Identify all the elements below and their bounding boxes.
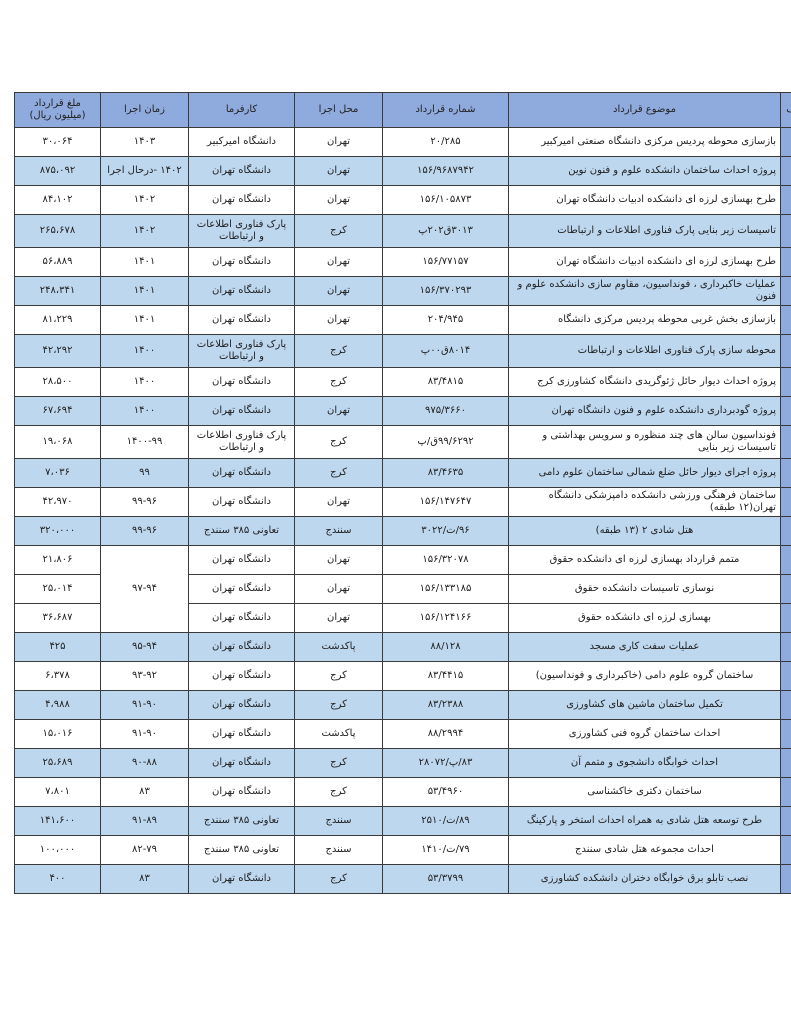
contract-amount: ۴۲،۲۹۲ — [15, 335, 101, 368]
execution-time: ۱۴۰۲ -درحال اجرا — [101, 157, 189, 186]
contract-subject: بهسازی لرزه ای دانشکده حقوق — [509, 604, 781, 633]
row-index: ۱۰ — [781, 397, 791, 426]
row-index: ۹ — [781, 368, 791, 397]
table-row: ۱۰پروژه گودبرداری دانشکده علوم و فنون دا… — [15, 397, 791, 426]
table-row: ۲۱احداث ساختمان گروه فنی کشاورزی۸۸/۲۹۹۴پ… — [15, 720, 791, 749]
contract-subject: محوطه سازی پارک فناوری اطلاعات و ارتباطا… — [509, 335, 781, 368]
employer: دانشگاه تهران — [189, 749, 295, 778]
table-row: ۲۴طرح توسعه هتل شادی به همراه احداث استخ… — [15, 807, 791, 836]
contract-number: ۱۵۶/۳۲۰۷۸ — [383, 546, 509, 575]
contract-subject: نوسازی تاسیسات دانشکده حقوق — [509, 575, 781, 604]
execution-time: ۹۹ — [101, 459, 189, 488]
contract-subject: پروژه احداث ساختمان دانشکده علوم و فنون … — [509, 157, 781, 186]
execution-time: ۹۹-۹۶ — [101, 517, 189, 546]
table-row: ۲پروژه احداث ساختمان دانشکده علوم و فنون… — [15, 157, 791, 186]
row-index: ۸ — [781, 335, 791, 368]
employer: دانشگاه تهران — [189, 186, 295, 215]
employer: دانشگاه امیرکبیر — [189, 128, 295, 157]
row-index: ۱۹ — [781, 662, 791, 691]
execution-location: سنندج — [295, 807, 383, 836]
execution-location: تهران — [295, 248, 383, 277]
execution-location: تهران — [295, 306, 383, 335]
contract-subject: عملیات سفت کاری مسجد — [509, 633, 781, 662]
contract-subject: پروژه احداث دیوار حائل ژئوگریدی دانشگاه … — [509, 368, 781, 397]
execution-location: پاکدشت — [295, 633, 383, 662]
execution-time: ۹۱-۹۰ — [101, 720, 189, 749]
row-index: ۱۶ — [781, 575, 791, 604]
contract-number: ۳۰۱۳ق۲۰۲پ — [383, 215, 509, 248]
table-row: ۱۱فونداسیون سالن های چند منظوره و سرویس … — [15, 426, 791, 459]
execution-location: کرج — [295, 368, 383, 397]
contract-number: ۸۳/۲۳۸۸ — [383, 691, 509, 720]
employer: تعاونی ۳۸۵ سنندج — [189, 807, 295, 836]
execution-time: ۱۴۰۰-۹۹ — [101, 426, 189, 459]
table-row: ۴تاسیسات زیر بنایی پارک فناوری اطلاعات و… — [15, 215, 791, 248]
execution-time: ۹۵-۹۴ — [101, 633, 189, 662]
execution-location: تهران — [295, 604, 383, 633]
row-index: ۷ — [781, 306, 791, 335]
employer: دانشگاه تهران — [189, 368, 295, 397]
execution-location: کرج — [295, 335, 383, 368]
employer: دانشگاه تهران — [189, 306, 295, 335]
table-row: ۸محوطه سازی پارک فناوری اطلاعات و ارتباط… — [15, 335, 791, 368]
contract-amount: ۲۵،۶۸۹ — [15, 749, 101, 778]
contract-number: ۱۵۶/۷۷۱۵۷ — [383, 248, 509, 277]
execution-location: کرج — [295, 459, 383, 488]
row-index: ۲۴ — [781, 807, 791, 836]
contract-number: ۱۵۶/۱۲۴۱۶۶ — [383, 604, 509, 633]
table-row: ۲۵احداث مجموعه هتل شادی سنندج۷۹/ت/۱۴۱۰سن… — [15, 836, 791, 865]
contract-subject: ساختمان گروه علوم دامی (خاکبرداری و فوند… — [509, 662, 781, 691]
header-time: زمان اجرا — [101, 93, 189, 128]
contract-amount: ۴،۹۸۸ — [15, 691, 101, 720]
row-index: ۱۸ — [781, 633, 791, 662]
contract-number: ۹۹/۶۲۹۲ق/پ — [383, 426, 509, 459]
table-row: ۱۴هتل شادی ۲ (۱۳ طبقه)۹۶/ت/۳۰۲۲سنندجتعاو… — [15, 517, 791, 546]
execution-time: ۹۰-۸۸ — [101, 749, 189, 778]
table-row: ۵طرح بهسازی لرزه ای دانشکده ادبیات دانشگ… — [15, 248, 791, 277]
contract-amount: ۲۸،۵۰۰ — [15, 368, 101, 397]
table-row: ۷بازسازی بخش غربی محوطه پردیس مرکزی دانش… — [15, 306, 791, 335]
table-row: ۹پروژه احداث دیوار حائل ژئوگریدی دانشگاه… — [15, 368, 791, 397]
table-row: ۱۸عملیات سفت کاری مسجد۸۸/۱۲۸پاکدشتدانشگا… — [15, 633, 791, 662]
execution-location: کرج — [295, 691, 383, 720]
execution-time: ۱۴۰۱ — [101, 248, 189, 277]
contract-number: ۸۳/پ/۲۸۰۷۲ — [383, 749, 509, 778]
table-row: ۶عملیات خاکبرداری ، فونداسیون، مقاوم ساز… — [15, 277, 791, 306]
contract-number: ۸۳/۴۶۳۵ — [383, 459, 509, 488]
execution-time: ۹۷-۹۴ — [101, 546, 189, 633]
employer: دانشگاه تهران — [189, 720, 295, 749]
contract-number: ۸۰۱۴ق۰۰پ — [383, 335, 509, 368]
contract-subject: پروژه اجرای دیوار حائل ضلع شمالی ساختمان… — [509, 459, 781, 488]
employer: دانشگاه تهران — [189, 397, 295, 426]
execution-time: ۱۴۰۰ — [101, 397, 189, 426]
header-employer: کارفرما — [189, 93, 295, 128]
contract-subject: فونداسیون سالن های چند منظوره و سرویس به… — [509, 426, 781, 459]
contract-amount: ۲۴۸،۳۴۱ — [15, 277, 101, 306]
contract-amount: ۸۱،۲۲۹ — [15, 306, 101, 335]
contract-subject: احداث مجموعه هتل شادی سنندج — [509, 836, 781, 865]
contract-subject: طرح بهسازی لرزه ای دانشکده ادبیات دانشگا… — [509, 248, 781, 277]
table-row: ۱۲پروژه اجرای دیوار حائل ضلع شمالی ساختم… — [15, 459, 791, 488]
row-index: ۱۱ — [781, 426, 791, 459]
contract-amount: ۱۹،۰۶۸ — [15, 426, 101, 459]
contract-subject: طرح بهسازی لرزه ای دانشکده ادبیات دانشگا… — [509, 186, 781, 215]
contract-number: ۵۳/۴۹۶۰ — [383, 778, 509, 807]
employer: دانشگاه تهران — [189, 691, 295, 720]
employer: تعاونی ۳۸۵ سنندج — [189, 836, 295, 865]
execution-location: کرج — [295, 749, 383, 778]
employer: دانشگاه تهران — [189, 778, 295, 807]
contract-amount: ۳۶،۶۸۷ — [15, 604, 101, 633]
row-index: ۱ — [781, 128, 791, 157]
contract-subject: بازسازی بخش غربی محوطه پردیس مرکزی دانشگ… — [509, 306, 781, 335]
employer: دانشگاه تهران — [189, 575, 295, 604]
execution-location: تهران — [295, 186, 383, 215]
contract-subject: پروژه گودبرداری دانشکده علوم و فنون دانش… — [509, 397, 781, 426]
employer: دانشگاه تهران — [189, 459, 295, 488]
execution-location: کرج — [295, 426, 383, 459]
contract-subject: ساختمان دکتری خاکشناسی — [509, 778, 781, 807]
employer: دانشگاه تهران — [189, 633, 295, 662]
row-index: ۱۷ — [781, 604, 791, 633]
employer: دانشگاه تهران — [189, 662, 295, 691]
table-row: ۱۳ساختمان فرهنگی ورزشی دانشکده دامپزشکی … — [15, 488, 791, 517]
contract-amount: ۱۰۰،۰۰۰ — [15, 836, 101, 865]
contracts-table: ردیف موضوع قرارداد شماره قرارداد محل اجر… — [14, 92, 791, 894]
execution-location: تهران — [295, 575, 383, 604]
contract-amount: ۵۶،۸۸۹ — [15, 248, 101, 277]
execution-location: تهران — [295, 157, 383, 186]
execution-location: تهران — [295, 277, 383, 306]
employer: دانشگاه تهران — [189, 488, 295, 517]
employer: دانشگاه تهران — [189, 157, 295, 186]
row-index: ۲۳ — [781, 778, 791, 807]
table-body: ۱بازسازی محوطه پردیس مرکزی دانشگاه صنعتی… — [15, 128, 791, 894]
contract-subject: بازسازی محوطه پردیس مرکزی دانشگاه صنعتی … — [509, 128, 781, 157]
employer: دانشگاه تهران — [189, 277, 295, 306]
contract-amount: ۲۱،۸۰۶ — [15, 546, 101, 575]
row-index: ۲۶ — [781, 865, 791, 894]
contract-number: ۵۳/۳۷۹۹ — [383, 865, 509, 894]
execution-time: ۱۴۰۱ — [101, 277, 189, 306]
contract-number: ۹۶/ت/۳۰۲۲ — [383, 517, 509, 546]
table-row: ۱۹ساختمان گروه علوم دامی (خاکبرداری و فو… — [15, 662, 791, 691]
execution-location: تهران — [295, 546, 383, 575]
contract-amount: ۴۰۰ — [15, 865, 101, 894]
contract-amount: ۱۵،۰۱۶ — [15, 720, 101, 749]
execution-time: ۱۴۰۳ — [101, 128, 189, 157]
employer: دانشگاه تهران — [189, 604, 295, 633]
row-index: ۲۰ — [781, 691, 791, 720]
execution-time: ۹۳-۹۲ — [101, 662, 189, 691]
contract-number: ۷۹/ت/۱۴۱۰ — [383, 836, 509, 865]
contract-amount: ۷،۸۰۱ — [15, 778, 101, 807]
contract-subject: احداث ساختمان گروه فنی کشاورزی — [509, 720, 781, 749]
row-index: ۱۵ — [781, 546, 791, 575]
table-row: ۳طرح بهسازی لرزه ای دانشکده ادبیات دانشگ… — [15, 186, 791, 215]
execution-location: کرج — [295, 662, 383, 691]
contract-amount: ۶۷،۶۹۴ — [15, 397, 101, 426]
contract-number: ۸۸/۲۹۹۴ — [383, 720, 509, 749]
contract-amount: ۷،۰۳۶ — [15, 459, 101, 488]
employer: دانشگاه تهران — [189, 248, 295, 277]
contract-amount: ۶،۳۷۸ — [15, 662, 101, 691]
contract-amount: ۴۲،۹۷۰ — [15, 488, 101, 517]
contract-number: ۸۸/۱۲۸ — [383, 633, 509, 662]
row-index: ۱۲ — [781, 459, 791, 488]
execution-time: ۱۴۰۰ — [101, 335, 189, 368]
contract-amount: ۳۰،۰۶۴ — [15, 128, 101, 157]
row-index: ۳ — [781, 186, 791, 215]
contract-amount: ۳۲۰،۰۰۰ — [15, 517, 101, 546]
table-row: ۲۳ساختمان دکتری خاکشناسی۵۳/۴۹۶۰کرجدانشگا… — [15, 778, 791, 807]
header-subject: موضوع قرارداد — [509, 93, 781, 128]
table-row: ۲۰تکمیل ساختمان ماشین های کشاورزی۸۳/۲۳۸۸… — [15, 691, 791, 720]
contract-subject: عملیات خاکبرداری ، فونداسیون، مقاوم سازی… — [509, 277, 781, 306]
execution-time: ۱۴۰۱ — [101, 306, 189, 335]
contract-amount: ۴۲۵ — [15, 633, 101, 662]
execution-time: ۱۴۰۲ — [101, 186, 189, 215]
employer: پارک فناوری اطلاعات و ارتباطات — [189, 215, 295, 248]
contract-subject: نصب تابلو برق خوابگاه دختران دانشکده کشا… — [509, 865, 781, 894]
contract-number: ۸۹/ت/۲۵۱۰ — [383, 807, 509, 836]
employer: دانشگاه تهران — [189, 546, 295, 575]
contract-amount: ۲۶۵،۶۷۸ — [15, 215, 101, 248]
execution-location: تهران — [295, 488, 383, 517]
execution-time: ۸۳ — [101, 778, 189, 807]
execution-location: کرج — [295, 778, 383, 807]
execution-location: تهران — [295, 397, 383, 426]
row-index: ۲ — [781, 157, 791, 186]
contract-number: ۹۷۵/۳۶۶۰ — [383, 397, 509, 426]
execution-time: ۸۳ — [101, 865, 189, 894]
execution-time: ۸۲-۷۹ — [101, 836, 189, 865]
execution-time: ۱۴۰۲ — [101, 215, 189, 248]
row-index: ۶ — [781, 277, 791, 306]
execution-time: ۹۱-۹۰ — [101, 691, 189, 720]
execution-time: ۹۱-۸۹ — [101, 807, 189, 836]
contract-subject: تکمیل ساختمان ماشین های کشاورزی — [509, 691, 781, 720]
table-header-row: ردیف موضوع قرارداد شماره قرارداد محل اجر… — [15, 93, 791, 128]
employer: پارک فناوری اطلاعات و ارتباطات — [189, 335, 295, 368]
execution-location: سنندج — [295, 517, 383, 546]
row-index: ۲۲ — [781, 749, 791, 778]
contract-subject: تاسیسات زیر بنایی پارک فناوری اطلاعات و … — [509, 215, 781, 248]
contract-amount: ۸۴،۱۰۲ — [15, 186, 101, 215]
contract-subject: ساختمان فرهنگی ورزشی دانشکده دامپزشکی دا… — [509, 488, 781, 517]
contract-subject: متمم قرارداد بهسازی لرزه ای دانشکده حقوق — [509, 546, 781, 575]
contract-subject: احداث خوابگاه دانشجوی و متمم آن — [509, 749, 781, 778]
row-index: ۵ — [781, 248, 791, 277]
contract-amount: ۸۷۵،۰۹۲ — [15, 157, 101, 186]
contract-amount: ۲۵،۰۱۴ — [15, 575, 101, 604]
header-amount: ملغ قرارداد (میلیون ریال) — [15, 93, 101, 128]
execution-location: کرج — [295, 215, 383, 248]
row-index: ۲۵ — [781, 836, 791, 865]
row-index: ۴ — [781, 215, 791, 248]
execution-location: پاکدشت — [295, 720, 383, 749]
header-location: محل اجرا — [295, 93, 383, 128]
contract-number: ۱۵۶/۱۴۷۶۴۷ — [383, 488, 509, 517]
table-row: ۱۵متمم قرارداد بهسازی لرزه ای دانشکده حق… — [15, 546, 791, 575]
contract-number: ۸۳/۴۴۱۵ — [383, 662, 509, 691]
contracts-document: ردیف موضوع قرارداد شماره قرارداد محل اجر… — [14, 92, 780, 894]
contract-amount: ۱۴۱،۶۰۰ — [15, 807, 101, 836]
contract-number: ۲۰/۲۸۵ — [383, 128, 509, 157]
execution-time: ۹۹-۹۶ — [101, 488, 189, 517]
contract-number: ۱۵۶/۹۶۸۷۹۴۲ — [383, 157, 509, 186]
contract-subject: هتل شادی ۲ (۱۳ طبقه) — [509, 517, 781, 546]
table-row: ۱بازسازی محوطه پردیس مرکزی دانشگاه صنعتی… — [15, 128, 791, 157]
table-row: ۲۲احداث خوابگاه دانشجوی و متمم آن۸۳/پ/۲۸… — [15, 749, 791, 778]
execution-location: کرج — [295, 865, 383, 894]
contract-number: ۸۳/۴۸۱۵ — [383, 368, 509, 397]
contract-number: ۱۵۶/۳۷۰۲۹۳ — [383, 277, 509, 306]
row-index: ۲۱ — [781, 720, 791, 749]
employer: تعاونی ۳۸۵ سنندج — [189, 517, 295, 546]
header-contract-no: شماره قرارداد — [383, 93, 509, 128]
header-index: ردیف — [781, 93, 791, 128]
contract-number: ۱۵۶/۱۰۵۸۷۳ — [383, 186, 509, 215]
row-index: ۱۴ — [781, 517, 791, 546]
row-index: ۱۳ — [781, 488, 791, 517]
execution-location: تهران — [295, 128, 383, 157]
contract-subject: طرح توسعه هتل شادی به همراه احداث استخر … — [509, 807, 781, 836]
contract-number: ۲۰۴/۹۴۵ — [383, 306, 509, 335]
contract-number: ۱۵۶/۱۳۳۱۸۵ — [383, 575, 509, 604]
execution-time: ۱۴۰۰ — [101, 368, 189, 397]
employer: پارک فناوری اطلاعات و ارتباطات — [189, 426, 295, 459]
execution-location: سنندج — [295, 836, 383, 865]
employer: دانشگاه تهران — [189, 865, 295, 894]
table-row: ۲۶نصب تابلو برق خوابگاه دختران دانشکده ک… — [15, 865, 791, 894]
